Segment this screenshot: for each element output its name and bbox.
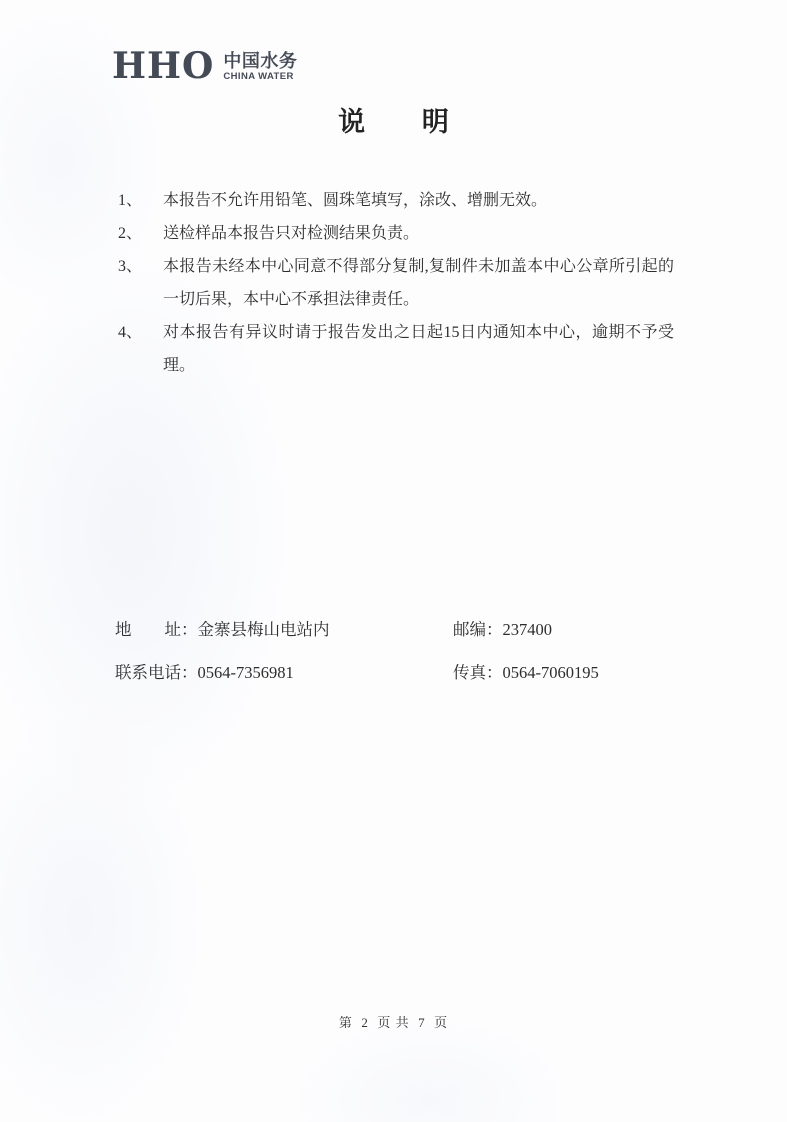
note-text: 本报告不允许用铅笔、圆珠笔填写，涂改、增删无效。 xyxy=(163,184,674,217)
logo-wordmark: 中国水务 CHINA WATER xyxy=(223,46,297,82)
fax-line: 传真：0564-7060195 xyxy=(453,661,599,685)
contact-row-address: 地 址：金寨县梅山电站内 邮编：237400 xyxy=(115,618,677,661)
note-number: 3、 xyxy=(118,250,163,316)
document-page: HHO 中国水务 CHINA WATER 说明 1、 本报告不允许用铅笔、圆珠笔… xyxy=(0,0,787,1122)
address-line: 地 址：金寨县梅山电站内 xyxy=(115,620,330,639)
address-label: 地 址： xyxy=(115,620,198,639)
logo-company-name-cn: 中国水务 xyxy=(223,52,297,71)
notes-list: 1、 本报告不允许用铅笔、圆珠笔填写，涂改、增删无效。 2、 送检样品本报告只对… xyxy=(118,184,674,382)
logo-acronym: HHO xyxy=(112,46,214,86)
page-title-row: 说明 xyxy=(0,100,787,139)
note-item-3: 3、 本报告未经本中心同意不得部分复制,复制件未加盖本中心公章所引起的一切后果，… xyxy=(118,250,674,316)
contact-row-phone: 联系电话：0564-7356981 传真：0564-7060195 xyxy=(115,661,677,704)
note-item-2: 2、 送检样品本报告只对检测结果负责。 xyxy=(118,217,674,250)
note-number: 1、 xyxy=(118,184,163,217)
fax-label: 传真： xyxy=(453,663,503,682)
address-value: 金寨县梅山电站内 xyxy=(198,620,330,639)
postcode-label: 邮编： xyxy=(453,620,503,639)
postcode-line: 邮编：237400 xyxy=(453,618,552,642)
phone-value: 0564-7356981 xyxy=(198,663,294,682)
note-item-4: 4、 对本报告有异议时请于报告发出之日起15日内通知本中心，逾期不予受理。 xyxy=(118,316,674,382)
phone-line: 联系电话：0564-7356981 xyxy=(115,663,294,682)
note-number: 4、 xyxy=(118,316,163,382)
company-logo: HHO 中国水务 CHINA WATER xyxy=(112,46,297,86)
note-item-1: 1、 本报告不允许用铅笔、圆珠笔填写，涂改、增删无效。 xyxy=(118,184,674,217)
note-number: 2、 xyxy=(118,217,163,250)
page-number-footer: 第 2 页 共 7 页 xyxy=(0,1012,787,1031)
note-text: 本报告未经本中心同意不得部分复制,复制件未加盖本中心公章所引起的一切后果，本中心… xyxy=(163,250,674,316)
phone-label: 联系电话： xyxy=(115,663,198,682)
logo-company-name-en: CHINA WATER xyxy=(223,71,297,82)
fax-value: 0564-7060195 xyxy=(503,663,599,682)
postcode-value: 237400 xyxy=(503,620,553,639)
note-text: 对本报告有异议时请于报告发出之日起15日内通知本中心，逾期不予受理。 xyxy=(163,316,674,382)
page-title: 说明 xyxy=(338,100,505,139)
contact-block: 地 址：金寨县梅山电站内 邮编：237400 联系电话：0564-7356981… xyxy=(115,618,677,704)
note-text: 送检样品本报告只对检测结果负责。 xyxy=(163,217,674,250)
